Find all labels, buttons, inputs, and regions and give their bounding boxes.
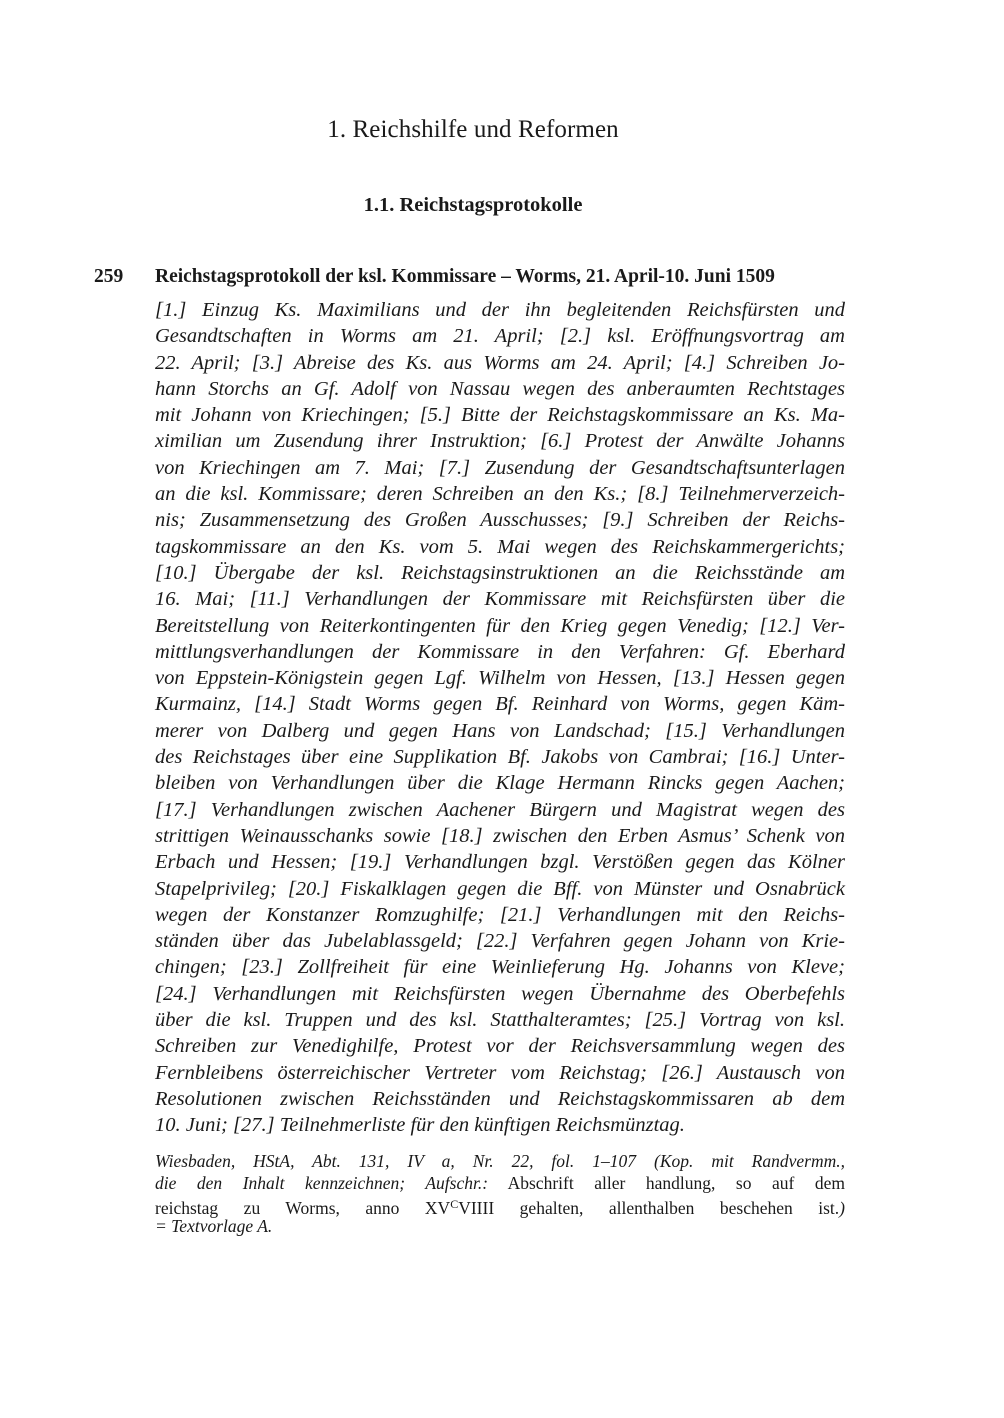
- regest-line: Schreiben zur Venedighilfe, Protest vor …: [155, 1033, 845, 1059]
- source-quote-text: Abschrift aller handlung, so auf dem: [488, 1173, 845, 1193]
- source-line: Wiesbaden, HStA, Abt. 131, IV a, Nr. 22,…: [155, 1151, 845, 1173]
- regest-line: [24.] Verhandlungen mit Reichsfürsten we…: [155, 981, 845, 1007]
- source-line: = Textvorlage A.: [155, 1216, 845, 1238]
- regest-line: hann Storchs an Gf. Adolf von Nassau weg…: [155, 376, 845, 402]
- regest-line: Fernbleibens österreichischer Vertreter …: [155, 1060, 845, 1086]
- regest-line: nis; Zusammensetzung des Großen Ausschus…: [155, 507, 845, 533]
- entry-title: Reichstagsprotokoll der ksl. Kommissare …: [155, 266, 855, 288]
- regest-line: des Reichstages über eine Supplikation B…: [155, 744, 845, 770]
- entry-number: 259: [94, 266, 123, 288]
- regest-line: 10. Juni; [27.] Teilnehmerliste für den …: [155, 1112, 845, 1138]
- regest-line: ständen über das Jubelablassgeld; [22.] …: [155, 928, 845, 954]
- closing-paren: ): [839, 1198, 845, 1218]
- regest-line: Stapelprivileg; [20.] Fiskalklagen gegen…: [155, 876, 845, 902]
- regest-line: Erbach und Hessen; [19.] Verhandlungen b…: [155, 849, 845, 875]
- regest-line: wegen der Konstanzer Romzughilfe; [21.] …: [155, 902, 845, 928]
- source-quote-text: VIIII gehalten, allenthalben beschehen i…: [458, 1198, 839, 1218]
- regest-line: von Kriechingen am 7. Mai; [7.] Zusendun…: [155, 455, 845, 481]
- regest-line: Bereitstellung von Reiterkontingenten fü…: [155, 613, 845, 639]
- regest-line: 16. Mai; [11.] Verhandlungen der Kommiss…: [155, 586, 845, 612]
- regest-line: merer von Dalberg und gegen Hans von Lan…: [155, 718, 845, 744]
- regest-line: [17.] Verhandlungen zwischen Aachener Bü…: [155, 797, 845, 823]
- regest-line: bleiben von Verhandlungen über die Klage…: [155, 770, 845, 796]
- regest-line: strittigen Weinausschanks sowie [18.] zw…: [155, 823, 845, 849]
- regest-line: Resolutionen zwischen Reichsständen und …: [155, 1086, 845, 1112]
- source-citation: Wiesbaden, HStA, Abt. 131, IV a, Nr. 22,…: [155, 1151, 845, 1237]
- chapter-heading: 1. Reichshilfe und Reformen: [0, 116, 946, 144]
- section-heading: 1.1. Reichstagsprotokolle: [0, 194, 946, 217]
- regest-line: von Eppstein-Königstein gegen Lgf. Wilhe…: [155, 665, 845, 691]
- regest-line: [1.] Einzug Ks. Maximilians und der ihn …: [155, 297, 845, 323]
- regest-line: 22. April; [3.] Abreise des Ks. aus Worm…: [155, 350, 845, 376]
- regest-line: Gesandtschaften in Worms am 21. April; […: [155, 323, 845, 349]
- regest-line: tagskommissare an den Ks. vom 5. Mai weg…: [155, 534, 845, 560]
- regest-line: Kurmainz, [14.] Stadt Worms gegen Bf. Re…: [155, 691, 845, 717]
- regest-line: über die ksl. Truppen und des ksl. Statt…: [155, 1007, 845, 1033]
- regest-line: an die ksl. Kommissare; deren Schreiben …: [155, 481, 845, 507]
- regest-line: [10.] Übergabe der ksl. Reichstagsinstru…: [155, 560, 845, 586]
- regest-line: chingen; [23.] Zollfreiheit für eine Wei…: [155, 954, 845, 980]
- regest-line: mittlungsverhandlungen der Kommissare in…: [155, 639, 845, 665]
- entry-regest: [1.] Einzug Ks. Maximilians und der ihn …: [155, 297, 845, 1139]
- regest-line: ximilian um Zusendung ihrer Instruktion;…: [155, 428, 845, 454]
- regest-line: mit Johann von Kriechingen; [5.] Bitte d…: [155, 402, 845, 428]
- source-line: reichstag zu Worms, anno XVCVIIII gehalt…: [155, 1194, 845, 1216]
- source-line: die den Inhalt kennzeichnen; Aufschr.: A…: [155, 1173, 845, 1195]
- source-italic-text: die den Inhalt kennzeichnen; Aufschr.:: [155, 1173, 488, 1193]
